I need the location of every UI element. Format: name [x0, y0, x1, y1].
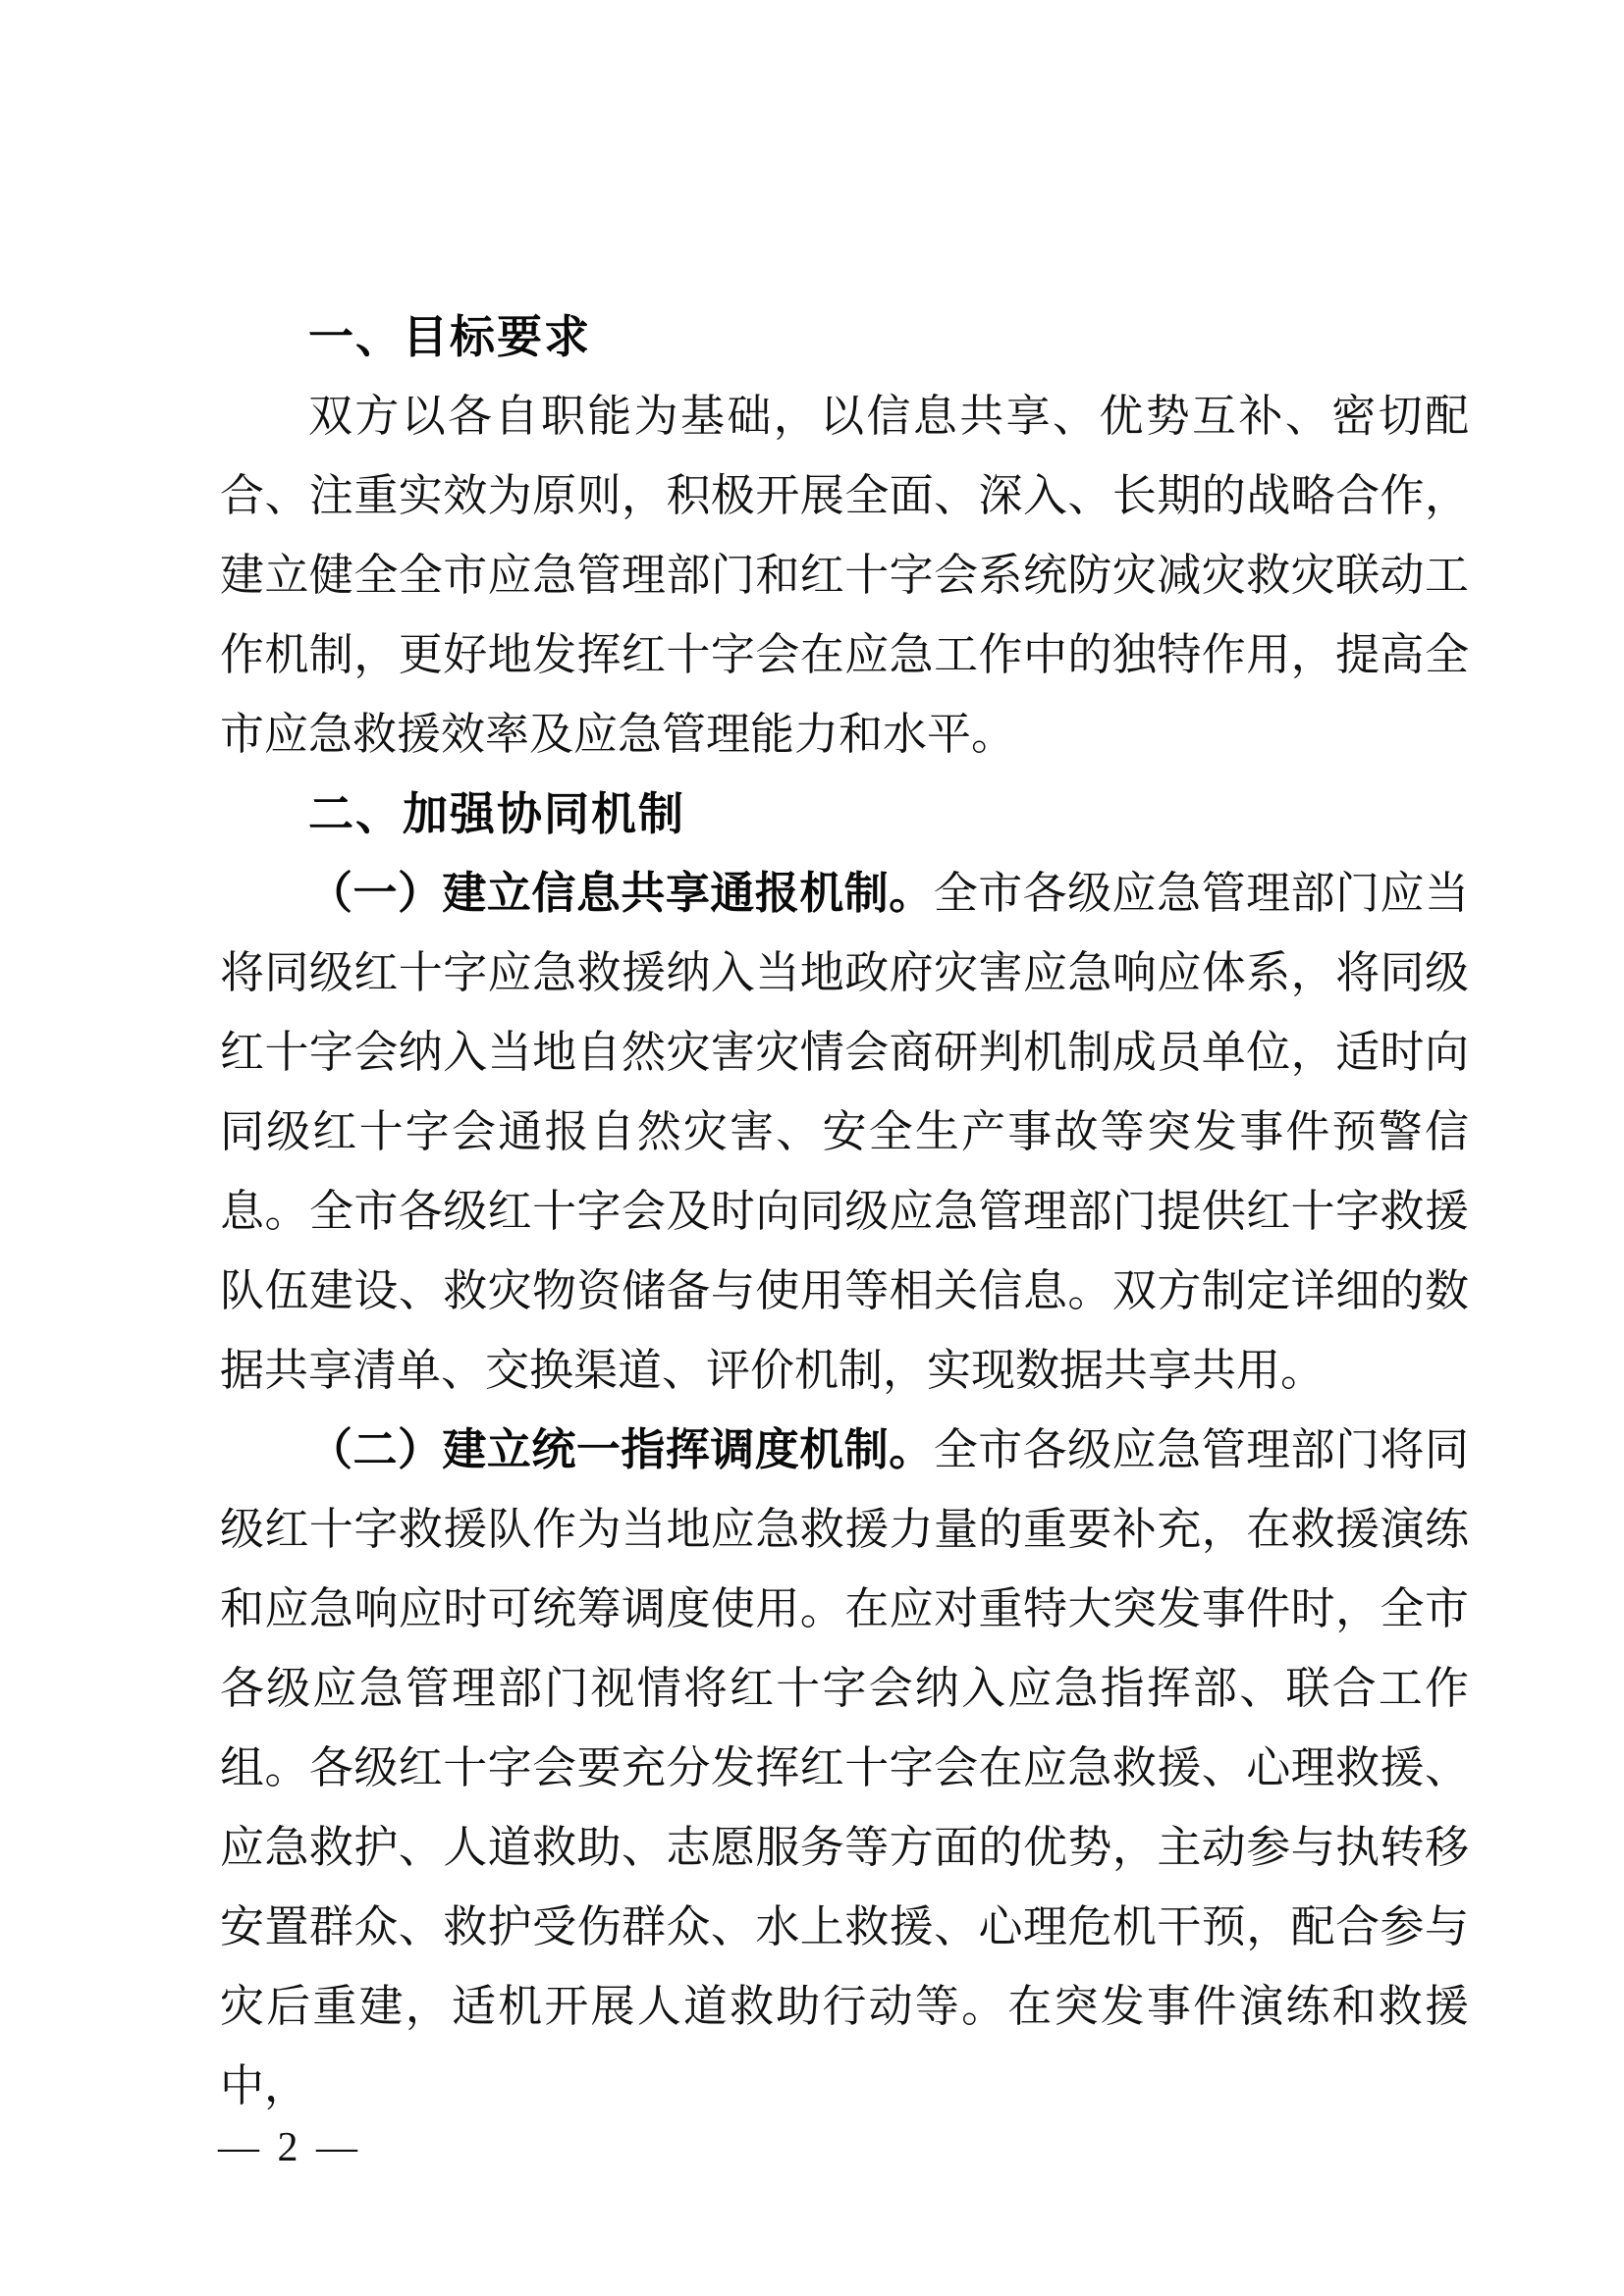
paragraph-info-sharing: （一）建立信息共享通报机制。全市各级应急管理部门应当将同级红十字应急救援纳入当地…: [220, 854, 1469, 1411]
paragraph-info-sharing-lead: （一）建立信息共享通报机制。: [308, 869, 934, 918]
paragraph-goals: 双方以各自职能为基础，以信息共享、优势互补、密切配合、注重实效为原则，积极开展全…: [220, 377, 1469, 774]
section-heading-coordination: 二、加强协同机制: [220, 774, 1469, 854]
paragraph-unified-command: （二）建立统一指挥调度机制。全市各级应急管理部门将同级红十字救援队作为当地应急救…: [220, 1411, 1469, 2126]
document-body: 一、目标要求 双方以各自职能为基础，以信息共享、优势互补、密切配合、注重实效为原…: [220, 297, 1469, 2126]
paragraph-unified-command-text: 全市各级应急管理部门将同级红十字救援队作为当地应急救援力量的重要补充，在救援演练…: [220, 1425, 1469, 2110]
section-heading-goals: 一、目标要求: [220, 297, 1469, 377]
document-page: 一、目标要求 双方以各自职能为基础，以信息共享、优势互补、密切配合、注重实效为原…: [0, 0, 1624, 2296]
paragraph-info-sharing-text: 全市各级应急管理部门应当将同级红十字应急救援纳入当地政府灾害应急响应体系，将同级…: [220, 869, 1469, 1395]
page-number: — 2 —: [218, 2118, 361, 2177]
paragraph-unified-command-lead: （二）建立统一指挥调度机制。: [308, 1425, 934, 1474]
